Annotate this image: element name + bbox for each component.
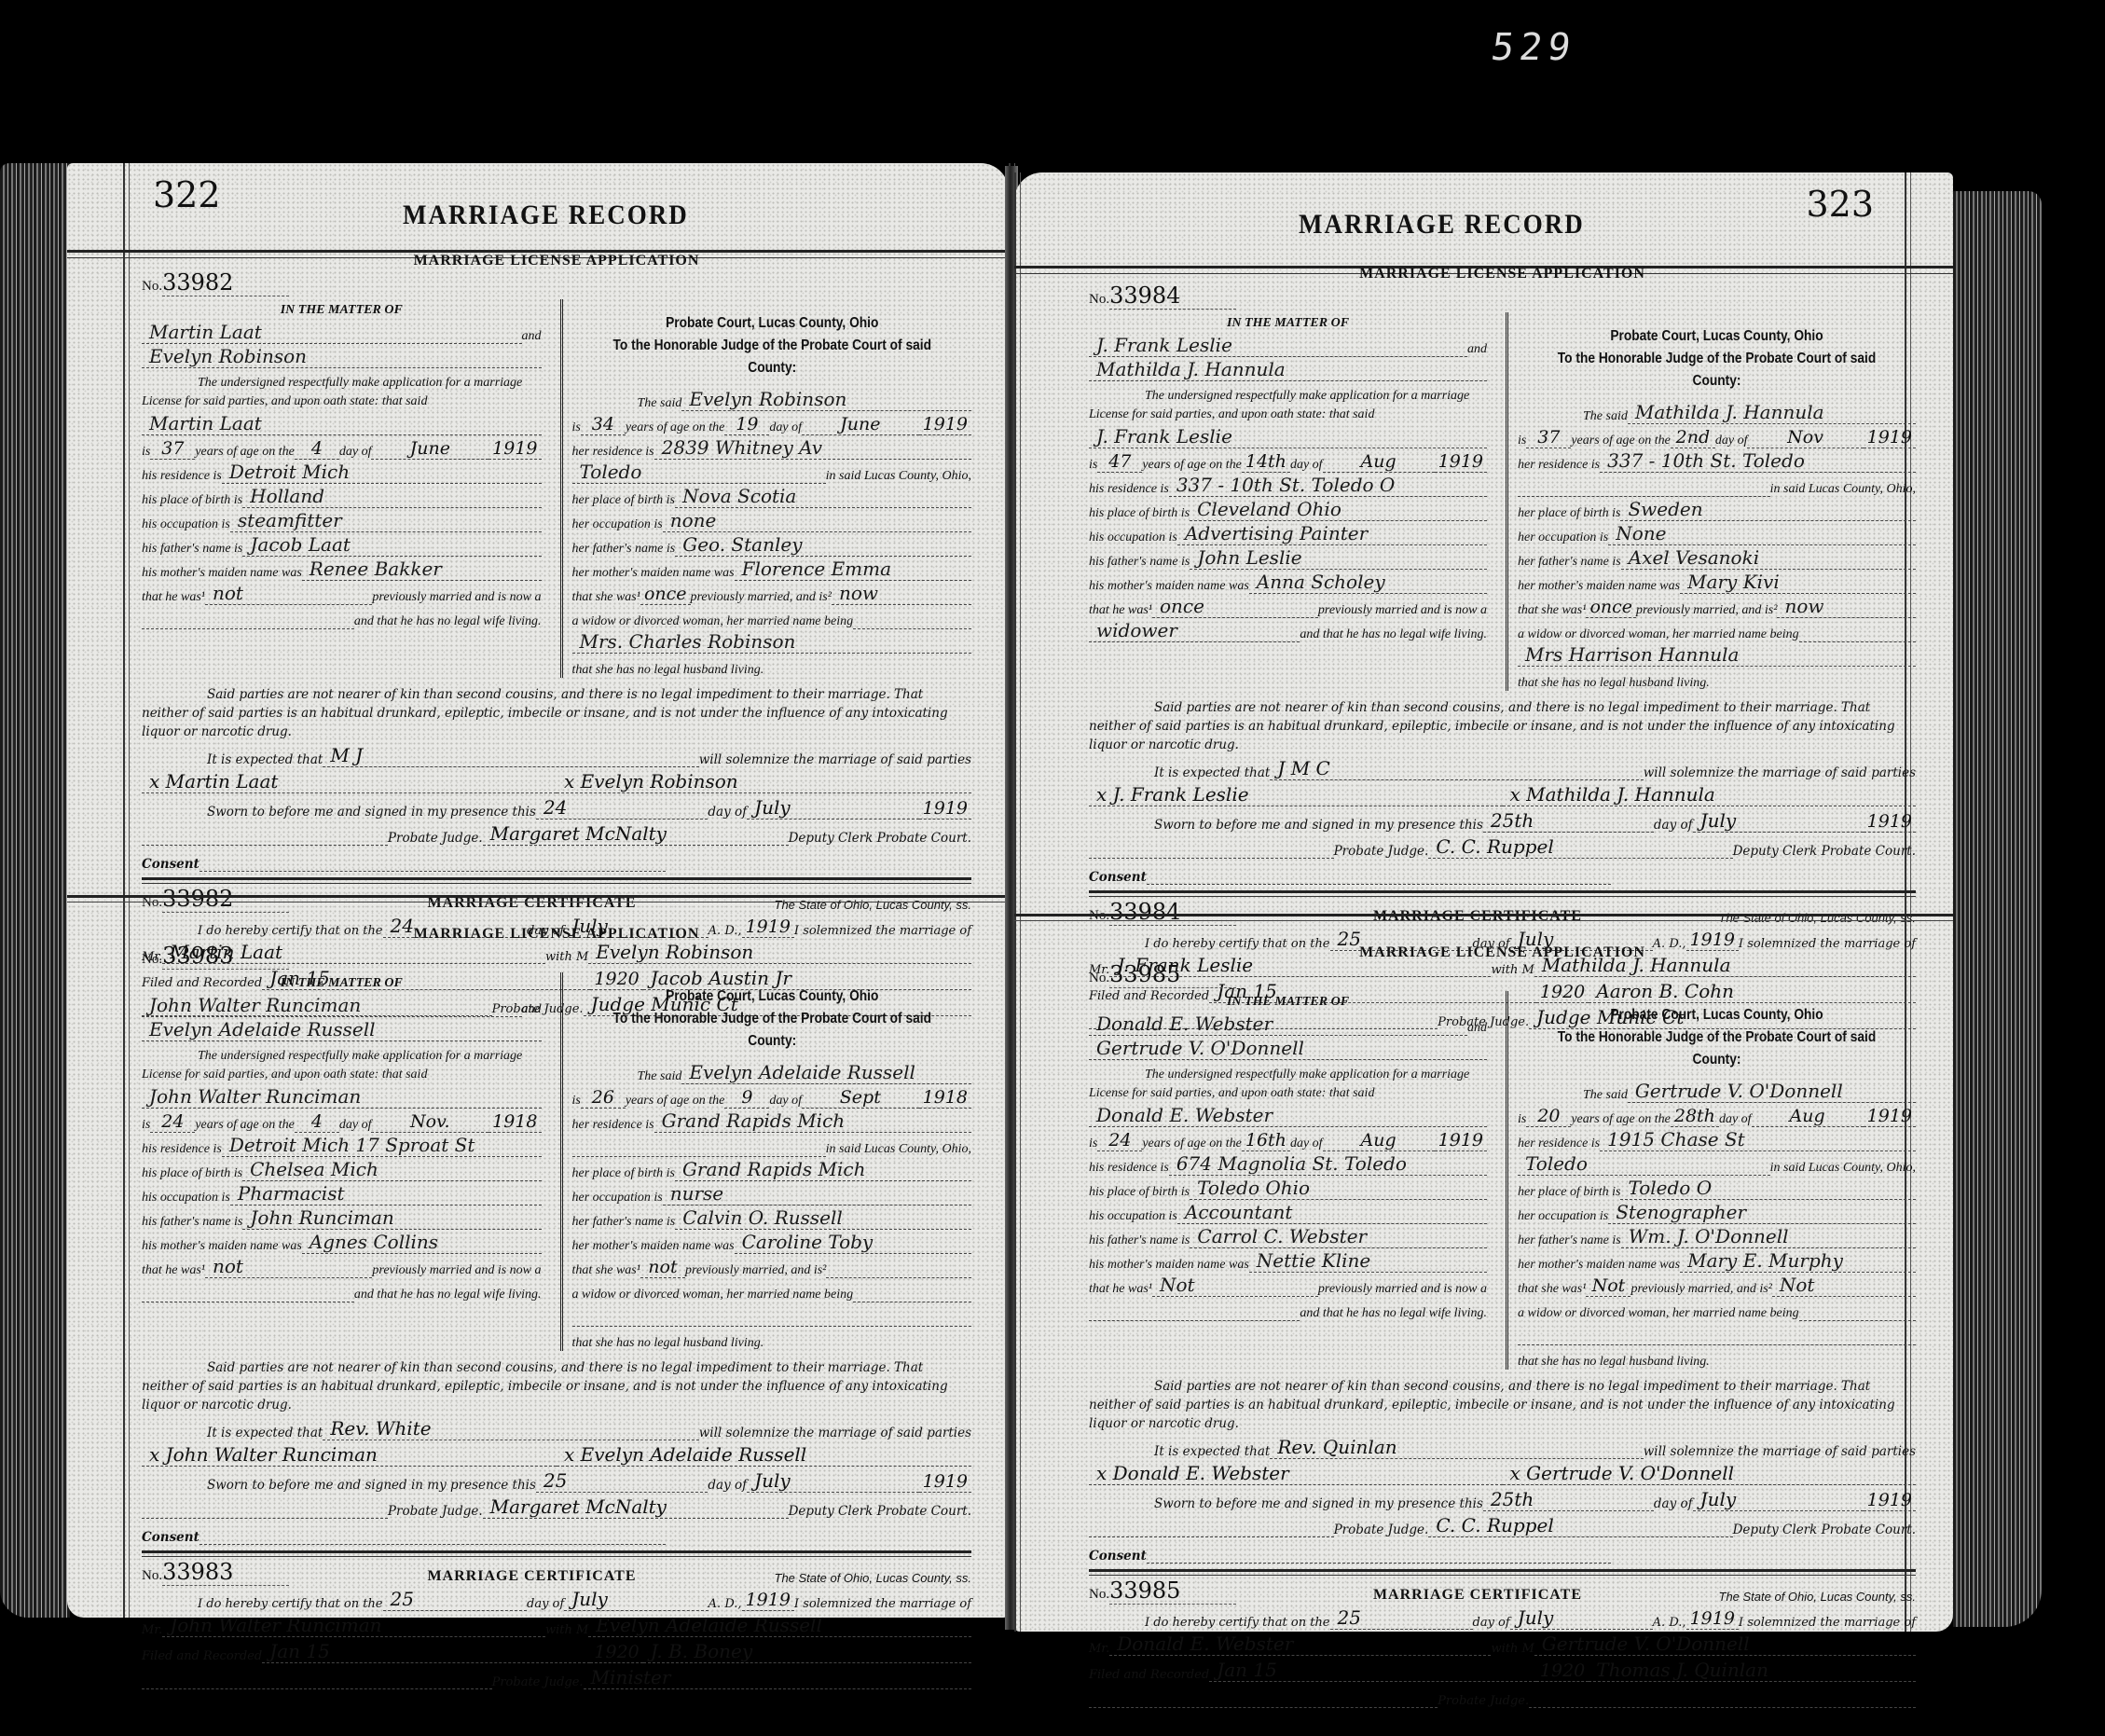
the-said-label: The said <box>572 1069 682 1084</box>
ledger-page-right: 323 MARRIAGE RECORD MARRIAGE LICENSE APP… <box>1014 172 1953 1632</box>
application-intro: The undersigned respectfully make applic… <box>142 374 542 411</box>
license-number-line: No.33983 <box>142 943 971 969</box>
bride-column: Probate Court, Lucas County, Ohio To the… <box>560 972 972 1351</box>
consent-line <box>1147 1563 1611 1564</box>
bride-signature: x Mathilda J. Hannula <box>1503 783 1917 806</box>
groom-residence: Detroit Mich <box>222 461 542 484</box>
day-of-label: day of <box>1290 458 1323 473</box>
birthplace-label: her place of birth is <box>1518 506 1620 521</box>
groom-signature: x John Walter Runciman <box>142 1443 557 1467</box>
cert-officiant-title <box>1529 1707 1916 1708</box>
bride-residence: 1915 Chase St <box>1600 1128 1916 1151</box>
page-title: MARRIAGE RECORD <box>403 199 689 230</box>
occupation-label: her occupation is <box>572 517 663 532</box>
day-of-label: day of <box>708 805 747 820</box>
previously-married-label: previously married and is now a <box>372 1263 541 1278</box>
that-she-was-label: that she was¹ <box>572 1263 640 1278</box>
margin-rule <box>1014 172 1016 1632</box>
groom-name-field: Donald E. Webster <box>1089 1013 1467 1036</box>
sworn-day: 25th <box>1483 809 1654 833</box>
no-husband-label: that she has no legal husband living. <box>572 663 764 678</box>
cert-day: 25 <box>383 1588 527 1611</box>
bride-occupation: nurse <box>663 1182 971 1206</box>
with-label: with M <box>1491 1642 1534 1656</box>
bride-previously-married: once <box>640 584 691 605</box>
groom-month: Nov. <box>371 1111 488 1133</box>
license-columns: IN THE MATTER OF J. Frank Leslieand Math… <box>1089 312 1916 691</box>
bride-married-name-line <box>1799 1320 1916 1321</box>
father-label: his father's name is <box>142 542 242 557</box>
groom-birthplace: Cleveland Ohio <box>1190 498 1487 521</box>
father-label: her father's name is <box>572 1215 676 1230</box>
day-of-label: day of <box>1715 434 1748 448</box>
with-label: with M <box>545 1623 588 1637</box>
lucas-county-label: in said Lucas County, Ohio, <box>826 1142 971 1157</box>
court-heading: Probate Court, Lucas County, Ohio <box>599 985 943 1008</box>
bride-said-name: Gertrude V. O'Donnell <box>1628 1080 1916 1103</box>
bride-residence-line2 <box>1518 496 1770 497</box>
cert-groom: Donald E. Webster <box>1109 1633 1491 1656</box>
cert-officiant: Thomas J. Quinlan <box>1589 1659 1916 1682</box>
father-label: his father's name is <box>142 1215 242 1230</box>
bride-birthplace: Nova Scotia <box>675 485 971 508</box>
cert-groom: John Walter Runciman <box>162 1614 545 1637</box>
groom-occupation: Accountant <box>1177 1201 1487 1224</box>
consent-line <box>199 871 666 872</box>
court-address: To the Honorable Judge of the Probate Co… <box>599 1008 943 1053</box>
is-label: is <box>142 1118 150 1133</box>
page-number: 323 <box>1806 184 1874 225</box>
previously-married-label: previously married and is now a <box>372 590 541 605</box>
is-label: is <box>142 445 150 460</box>
bride-married-name-line <box>1799 641 1916 642</box>
mother-label: her mother's maiden name was <box>572 1239 735 1254</box>
occupation-label: his occupation is <box>142 1191 230 1206</box>
no-label: No. <box>1089 292 1109 307</box>
application-intro: The undersigned respectfully make applic… <box>1089 1066 1487 1103</box>
bride-signature: x Gertrude V. O'Donnell <box>1503 1462 1917 1485</box>
state-line: The State of Ohio, Lucas County, ss. <box>775 1571 971 1585</box>
probate-judge-line <box>142 1688 492 1689</box>
occupation-label: his occupation is <box>1089 530 1177 545</box>
certificate-title: MARRIAGE CERTIFICATE <box>427 1568 636 1585</box>
groom-father: Carrol C. Webster <box>1190 1225 1487 1248</box>
groom-said-name: J. Frank Leslie <box>1089 425 1487 448</box>
groom-year: 1919 <box>488 438 541 460</box>
bride-month: Aug <box>1752 1106 1864 1127</box>
day-of-label: day of <box>769 420 802 435</box>
years-label: years of age on the <box>1142 458 1242 473</box>
groom-said-name: Donald E. Webster <box>1089 1104 1487 1127</box>
groom-occupation: Pharmacist <box>230 1182 542 1206</box>
groom-residence: 674 Magnolia St. Toledo <box>1169 1152 1487 1176</box>
bride-year: 1919 <box>919 414 971 435</box>
license-columns: IN THE MATTER OF John Walter Runcimanand… <box>142 972 971 1351</box>
sworn-day: 25 <box>536 1469 709 1493</box>
deputy-clerk-label: Deputy Clerk Probate Court. <box>789 1504 971 1519</box>
groom-age: 37 <box>150 438 195 460</box>
cert-filed-year: 1920 <box>590 1642 642 1663</box>
groom-birthplace: Holland <box>242 485 541 508</box>
record-inner: MARRIAGE LICENSE APPLICATION No.33985 IN… <box>1089 928 1916 1708</box>
no-wife-label: and that he has no legal wife living. <box>1300 627 1487 642</box>
bride-married-name: Mrs Harrison Hannula <box>1518 643 1916 667</box>
sworn-year: 1919 <box>919 1471 971 1493</box>
no-label: No. <box>1089 971 1109 985</box>
cert-year: 1919 <box>1686 1608 1739 1630</box>
bride-married-name <box>1518 1344 1916 1345</box>
birthplace-label: his place of birth is <box>1089 1185 1190 1200</box>
occupation-label: his occupation is <box>142 517 230 532</box>
groom-column: IN THE MATTER OF J. Frank Leslieand Math… <box>1089 312 1487 691</box>
record-inner: MARRIAGE LICENSE APPLICATION No.33984 IN… <box>1089 249 1916 1029</box>
previously-married-label: previously married and is now a <box>1318 603 1487 618</box>
book-edge-left <box>0 163 70 1618</box>
certificate-number: 33983 <box>162 1559 289 1586</box>
mother-label: her mother's maiden name was <box>572 566 735 581</box>
years-label: years of age on the <box>626 420 725 435</box>
groom-said-name: Martin Laat <box>142 412 542 435</box>
cert-month: July <box>564 1588 708 1611</box>
solemnize-label: will solemnize the marriage of said part… <box>1644 765 1916 780</box>
birthplace-label: his place of birth is <box>142 493 242 508</box>
bride-month: June <box>802 414 919 435</box>
solemnize-label: will solemnize the marriage of said part… <box>1644 1444 1916 1459</box>
solemnized-label: I solemnized the marriage of <box>794 1597 971 1611</box>
consent-line <box>199 1544 666 1545</box>
bride-said-name: Evelyn Robinson <box>681 388 971 411</box>
residence-label: his residence is <box>1089 482 1169 497</box>
bride-father: Calvin O. Russell <box>675 1206 971 1230</box>
groom-signature: x Martin Laat <box>142 770 557 793</box>
certificate-rule <box>142 877 971 884</box>
court-address: To the Honorable Judge of the Probate Co… <box>1546 1026 1888 1071</box>
consent-label: Consent <box>142 857 199 872</box>
deputy-clerk-signature: C. C. Ruppel <box>1428 835 1732 859</box>
that-she-was-label: that she was¹ <box>1518 1282 1586 1297</box>
certificate-rule <box>142 1550 971 1557</box>
groom-year: 1918 <box>488 1111 541 1133</box>
sworn-label: Sworn to before me and signed in my pres… <box>1089 818 1483 833</box>
state-line: The State of Ohio, Lucas County, ss. <box>1719 1590 1916 1604</box>
sworn-day: 25th <box>1483 1488 1654 1511</box>
day-of-label: day of <box>1290 1137 1323 1151</box>
bride-age: 26 <box>581 1087 626 1109</box>
bride-occupation: None <box>1608 522 1916 545</box>
sworn-year: 1919 <box>919 798 971 820</box>
birthplace-label: her place of birth is <box>572 493 675 508</box>
groom-column: IN THE MATTER OF Donald E. Websterand Ge… <box>1089 991 1487 1370</box>
license-columns: IN THE MATTER OF Donald E. Websterand Ge… <box>1089 991 1916 1370</box>
probate-judge-label: Probate Judge. <box>1438 1694 1529 1708</box>
probate-judge-line <box>142 1518 388 1519</box>
kin-paragraph: Said parties are not nearer of kin than … <box>1089 698 1916 754</box>
and-label: and <box>1467 1021 1487 1036</box>
bride-age: 34 <box>581 414 626 435</box>
bride-signature: x Evelyn Adelaide Russell <box>557 1443 971 1467</box>
consent-label: Consent <box>1089 1549 1147 1564</box>
day-of-label: day of <box>527 1597 564 1611</box>
bride-married-name-line <box>853 628 971 629</box>
expected-label: It is expected that <box>1089 765 1270 780</box>
deputy-clerk-label: Deputy Clerk Probate Court. <box>1733 1522 1916 1537</box>
groom-birthplace: Toledo Ohio <box>1190 1177 1487 1200</box>
consent-label: Consent <box>1089 870 1147 885</box>
residence-label: his residence is <box>142 1142 222 1157</box>
occupation-label: his occupation is <box>1089 1209 1177 1224</box>
bride-year: 1918 <box>919 1087 971 1109</box>
sworn-label: Sworn to before me and signed in my pres… <box>142 1478 536 1493</box>
expected-label: It is expected that <box>142 1426 323 1440</box>
is-label: is <box>1089 458 1097 473</box>
residence-label: her residence is <box>572 1118 654 1133</box>
page-title: MARRIAGE RECORD <box>1299 208 1585 240</box>
court-address: To the Honorable Judge of the Probate Co… <box>599 335 943 379</box>
groom-month: Aug <box>1323 1130 1435 1151</box>
groom-column: IN THE MATTER OF John Walter Runcimanand… <box>142 972 542 1351</box>
bride-residence: Grand Rapids Mich <box>654 1109 971 1133</box>
record-separator <box>1014 914 1953 921</box>
expected-officiant: Rev. Quinlan <box>1270 1436 1643 1459</box>
no-wife-label: and that he has no legal wife living. <box>1300 1306 1487 1321</box>
groom-previously-married: Not <box>1152 1274 1318 1297</box>
bride-day: 19 <box>724 414 769 435</box>
bride-previously-married: once <box>1586 597 1636 618</box>
groom-occupation: Advertising Painter <box>1177 522 1487 545</box>
bride-married-name-line <box>853 1302 971 1302</box>
bride-day: 2nd <box>1671 427 1715 448</box>
probate-judge-line <box>1089 858 1334 859</box>
deputy-clerk-label: Deputy Clerk Probate Court. <box>1733 844 1916 859</box>
license-section-title: MARRIAGE LICENSE APPLICATION <box>1089 266 1916 282</box>
birthplace-label: her place of birth is <box>572 1166 675 1181</box>
bride-occupation: Stenographer <box>1608 1201 1916 1224</box>
no-husband-label: that she has no legal husband living. <box>1518 676 1710 691</box>
mother-label: his mother's maiden name was <box>142 566 302 581</box>
license-number-line: No.33985 <box>1089 961 1916 987</box>
bride-father: Axel Vesanoki <box>1621 546 1916 570</box>
years-label: years of age on the <box>195 1118 295 1133</box>
book-edge-right <box>1953 191 2042 1627</box>
consent-line <box>1147 884 1611 885</box>
cert-day: 25 <box>1330 1606 1473 1630</box>
mr-label: Mr. <box>1089 1642 1109 1656</box>
no-label: No. <box>1089 1587 1109 1602</box>
certificate-title: MARRIAGE CERTIFICATE <box>1373 1587 1582 1604</box>
no-husband-label: that she has no legal husband living. <box>1518 1355 1710 1370</box>
lucas-county-label: in said Lucas County, Ohio, <box>1770 1161 1916 1176</box>
no-label: No. <box>142 952 162 967</box>
application-intro: The undersigned respectfully make applic… <box>1089 387 1487 424</box>
deputy-clerk-signature: Margaret McNalty <box>483 1495 789 1519</box>
father-label: his father's name is <box>1089 555 1190 570</box>
ledger-page-left: 322 MARRIAGE RECORD MARRIAGE LICENSE APP… <box>67 163 1009 1618</box>
ad-label: A. D., <box>709 1597 742 1611</box>
the-said-label: The said <box>1518 1088 1628 1103</box>
sworn-month: July <box>747 796 919 820</box>
bride-name-field: Evelyn Adelaide Russell <box>142 1018 542 1041</box>
bride-day: 9 <box>724 1087 769 1109</box>
probate-judge-line <box>1089 1536 1334 1537</box>
bride-residence: 337 - 10th St. Toledo <box>1600 449 1916 473</box>
lucas-county-label: in said Lucas County, Ohio, <box>1770 482 1916 497</box>
kin-paragraph: Said parties are not nearer of kin than … <box>142 685 971 741</box>
bride-previously-married: not <box>640 1257 685 1278</box>
bride-residence-line2: Toledo <box>1518 1152 1770 1176</box>
probate-judge-line <box>142 845 388 846</box>
mother-label: his mother's maiden name was <box>142 1239 302 1254</box>
that-he-was-label: that he was¹ <box>1089 603 1152 618</box>
court-heading: Probate Court, Lucas County, Ohio <box>1546 1004 1888 1026</box>
solemnize-label: will solemnize the marriage of said part… <box>699 752 971 767</box>
license-number-line: No.33982 <box>142 269 971 296</box>
previously-married-label: previously married and is now a <box>1318 1282 1487 1297</box>
groom-year: 1919 <box>1435 451 1487 473</box>
bride-birthplace: Sweden <box>1620 498 1916 521</box>
groom-previously-married: not <box>205 1255 372 1278</box>
bride-year: 1919 <box>1864 1106 1916 1127</box>
cert-filed-year: 1920 <box>1536 1660 1589 1682</box>
groom-previously-married: once <box>1152 595 1318 618</box>
mr-label: Mr. <box>142 1623 162 1637</box>
bride-column: Probate Court, Lucas County, Ohio To the… <box>1506 312 1916 691</box>
cert-officiant-title: Minister <box>584 1666 971 1689</box>
kin-paragraph: Said parties are not nearer of kin than … <box>142 1358 971 1414</box>
groom-residence: 337 - 10th St. Toledo O <box>1169 474 1487 497</box>
court-heading: Probate Court, Lucas County, Ohio <box>599 312 943 335</box>
bride-is: now <box>1777 595 1916 618</box>
filed-label: Filed and Recorded <box>1089 1668 1209 1682</box>
years-label: years of age on the <box>1571 434 1671 448</box>
expected-officiant: Rev. White <box>323 1417 698 1440</box>
sworn-day: 24 <box>536 796 709 820</box>
certificate-header: No.33985 MARRIAGE CERTIFICATE The State … <box>1089 1578 1916 1604</box>
groom-age: 24 <box>150 1111 195 1133</box>
groom-father: John Runciman <box>242 1206 541 1230</box>
groom-mother: Nettie Kline <box>1249 1249 1487 1273</box>
bride-is: now <box>832 582 971 605</box>
no-label: No. <box>142 279 162 294</box>
groom-name-field: Martin Laat <box>142 321 522 344</box>
and-label: and <box>1467 342 1487 357</box>
residence-label: her residence is <box>572 445 654 460</box>
mother-label: his mother's maiden name was <box>1089 579 1249 594</box>
sworn-month: July <box>1693 1488 1864 1511</box>
kin-paragraph: Said parties are not nearer of kin than … <box>1089 1377 1916 1433</box>
certify-label: I do hereby certify that on the <box>142 1597 383 1611</box>
court-heading: Probate Court, Lucas County, Ohio <box>1546 325 1888 348</box>
sworn-label: Sworn to before me and signed in my pres… <box>1089 1496 1483 1511</box>
solemnized-label: I solemnized the marriage of <box>1739 1616 1916 1630</box>
birthplace-label: his place of birth is <box>142 1166 242 1181</box>
groom-birthplace: Chelsea Mich <box>242 1158 541 1181</box>
bride-residence: 2839 Whitney Av <box>654 436 971 460</box>
previously-married-label: previously married, and is² <box>685 1263 826 1278</box>
probate-judge-label: Probate Judge. <box>1334 1522 1429 1537</box>
occupation-label: her occupation is <box>1518 530 1608 545</box>
license-number-line: No.33984 <box>1089 282 1916 309</box>
birthplace-label: her place of birth is <box>1518 1185 1620 1200</box>
expected-officiant: M J <box>323 744 698 767</box>
cert-month: July <box>1510 1606 1653 1630</box>
no-husband-label: that she has no legal husband living. <box>572 1336 764 1351</box>
bride-day: 28th <box>1671 1106 1719 1127</box>
day-of-label: day of <box>769 1094 802 1109</box>
groom-status <box>142 1302 354 1302</box>
filed-label: Filed and Recorded <box>142 1649 262 1663</box>
bride-column: Probate Court, Lucas County, Ohio To the… <box>1506 991 1916 1370</box>
cert-bride: Evelyn Adelaide Russell <box>588 1614 971 1637</box>
bride-year: 1919 <box>1864 427 1916 448</box>
bride-father: Geo. Stanley <box>675 533 971 557</box>
residence-label: his residence is <box>1089 1161 1169 1176</box>
the-said-label: The said <box>572 396 682 411</box>
license-number: 33985 <box>1109 961 1236 988</box>
in-the-matter-of: IN THE MATTER OF <box>1089 316 1487 331</box>
groom-day: 16th <box>1242 1130 1290 1151</box>
groom-day: 4 <box>295 438 339 460</box>
is-label: is <box>572 420 581 435</box>
probate-judge-line <box>1089 1707 1438 1708</box>
groom-said-name: John Walter Runciman <box>142 1085 542 1109</box>
probate-judge-label: Probate Judge. <box>388 1504 483 1519</box>
years-label: years of age on the <box>195 445 295 460</box>
groom-month: Aug <box>1323 451 1435 473</box>
bride-married-name: Mrs. Charles Robinson <box>572 630 972 654</box>
bride-name-field: Evelyn Robinson <box>142 345 542 368</box>
that-she-was-label: that she was¹ <box>572 590 640 605</box>
groom-year: 1919 <box>1435 1130 1487 1151</box>
mother-label: her mother's maiden name was <box>1518 579 1680 594</box>
groom-status <box>142 628 354 629</box>
sworn-month: July <box>747 1469 919 1493</box>
expected-label: It is expected that <box>142 752 323 767</box>
record-separator <box>67 895 1009 902</box>
cert-filed-date: Jan 15 <box>262 1640 590 1663</box>
bride-residence-line2: Toledo <box>572 461 826 484</box>
day-of-label: day of <box>1654 818 1693 833</box>
no-wife-label: and that he has no legal wife living. <box>354 1288 542 1302</box>
widow-label: a widow or divorced woman, her married n… <box>1518 1306 1799 1321</box>
the-said-label: The said <box>1518 409 1628 424</box>
bride-age: 37 <box>1526 427 1571 448</box>
previously-married-label: previously married, and is² <box>1636 603 1777 618</box>
lucas-county-label: in said Lucas County, Ohio, <box>826 469 971 484</box>
that-he-was-label: that he was¹ <box>142 590 205 605</box>
bride-mother: Mary E. Murphy <box>1680 1249 1916 1273</box>
ad-label: A. D., <box>1653 1616 1686 1630</box>
that-she-was-label: that she was¹ <box>1518 603 1586 618</box>
groom-age: 24 <box>1097 1130 1142 1151</box>
probate-judge-label: Probate Judge. <box>1334 844 1429 859</box>
widow-label: a widow or divorced woman, her married n… <box>1518 627 1799 642</box>
father-label: her father's name is <box>1518 555 1621 570</box>
that-he-was-label: that he was¹ <box>142 1263 205 1278</box>
bride-mother: Caroline Toby <box>735 1231 971 1254</box>
groom-day: 14th <box>1242 451 1290 473</box>
years-label: years of age on the <box>1571 1112 1671 1127</box>
widow-label: a widow or divorced woman, her married n… <box>572 1288 854 1302</box>
margin-rule <box>123 163 125 1618</box>
probate-judge-label: Probate Judge. <box>388 831 483 846</box>
groom-mother: Anna Scholey <box>1249 571 1487 594</box>
day-of-label: day of <box>1654 1496 1693 1511</box>
bride-previously-married: Not <box>1586 1275 1630 1297</box>
groom-signature: x Donald E. Webster <box>1089 1462 1503 1485</box>
bride-said-name: Evelyn Adelaide Russell <box>681 1061 971 1084</box>
bride-father: Wm. J. O'Donnell <box>1621 1225 1916 1248</box>
bride-birthplace: Grand Rapids Mich <box>675 1158 971 1181</box>
